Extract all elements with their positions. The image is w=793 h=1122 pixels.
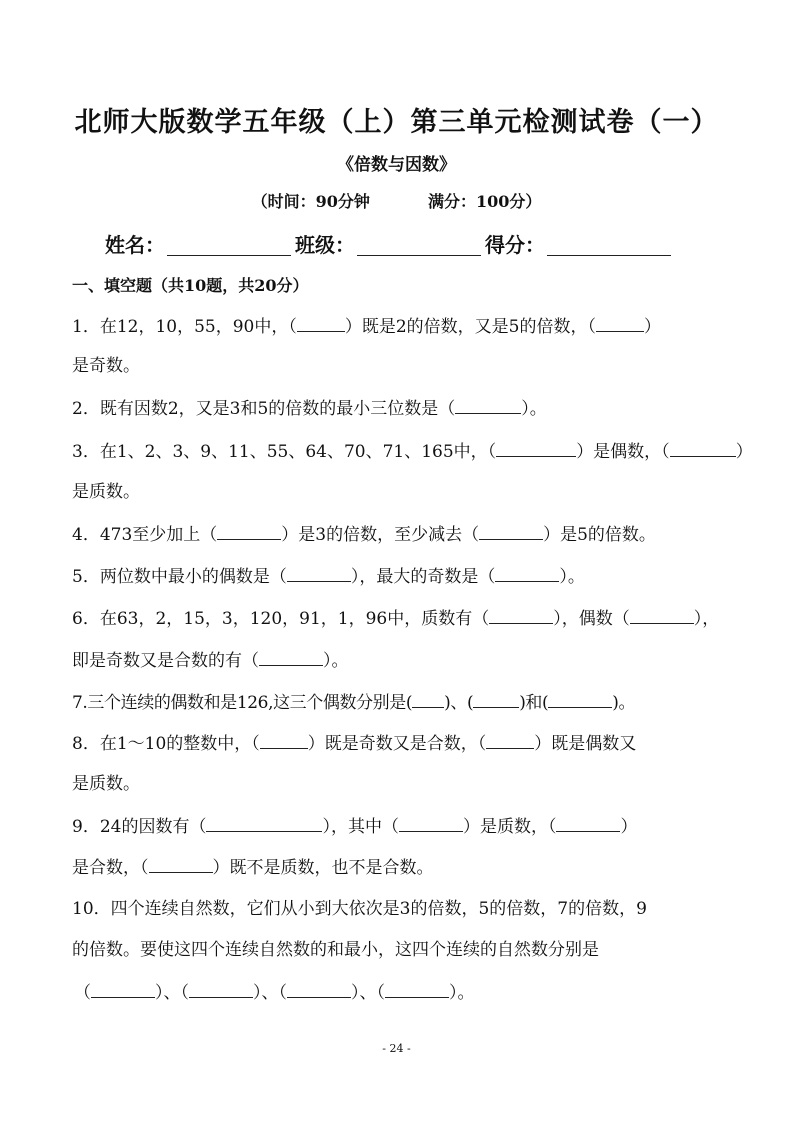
question-text: 9．24的因数有（: [72, 817, 206, 837]
question-8-cont: 是质数。: [72, 773, 140, 795]
question-10-answers: （）、（）、（）、（）。: [74, 981, 475, 1004]
answer-blank[interactable]: [455, 397, 521, 414]
answer-blank[interactable]: [473, 691, 519, 708]
question-1-cont: 是奇数。: [72, 355, 140, 377]
question-7: 7.三个连续的偶数和是126,这三个偶数分别是()、()和()。: [72, 691, 635, 714]
answer-blank[interactable]: [297, 315, 345, 332]
class-label: 班级：: [295, 233, 355, 257]
question-text: )。: [612, 693, 635, 713]
question-text: ）既不是质数，也不是合数。: [213, 858, 434, 878]
question-text: ）是偶数，（: [576, 442, 670, 462]
question-text: ）是3的倍数，至少减去（: [281, 525, 479, 545]
answer-blank[interactable]: [630, 607, 694, 624]
answer-blank[interactable]: [259, 649, 323, 666]
answer-blank[interactable]: [479, 523, 543, 540]
name-label: 姓名：: [105, 233, 165, 257]
answer-blank[interactable]: [489, 607, 553, 624]
answer-blank[interactable]: [149, 856, 213, 873]
question-text: 即是奇数又是合数的有（: [72, 651, 259, 671]
section-heading: 一、填空题（共10题，共20分）: [72, 273, 309, 296]
question-text: ）既是偶数又: [534, 734, 636, 754]
class-field[interactable]: [357, 235, 481, 256]
time-label: （时间：90分钟: [252, 192, 370, 211]
answer-blank[interactable]: [412, 691, 444, 708]
question-text: 6．在63，2，15，3，120，91，1，96中，质数有（: [72, 609, 489, 629]
question-text: ），最大的奇数是（: [351, 567, 496, 587]
answer-blank[interactable]: [496, 440, 576, 457]
question-5: 5．两位数中最小的偶数是（），最大的奇数是（）。: [72, 565, 585, 588]
question-text: 2．既有因数2，又是3和5的倍数的最小三位数是（: [72, 399, 455, 419]
question-text: 是合数，（: [72, 858, 149, 878]
question-1: 1．在12，10，55，90中，（）既是2的倍数，又是5的倍数，（）: [72, 315, 661, 338]
question-10-cont: 的倍数。要使这四个连续自然数的和最小，这四个连续的自然数分别是: [72, 939, 599, 961]
question-text: 7.三个连续的偶数和是126,这三个偶数分别是(: [72, 693, 412, 713]
name-field[interactable]: [167, 235, 291, 256]
answer-blank[interactable]: [596, 315, 644, 332]
question-text: ）。: [323, 651, 349, 671]
question-text: ）、（: [253, 983, 287, 1003]
question-10: 10．四个连续自然数，它们从小到大依次是3的倍数，5的倍数，7的倍数，9: [72, 898, 647, 920]
question-8: 8．在1～10的整数中，（）既是奇数又是合数，（）既是偶数又: [72, 732, 636, 755]
question-3-cont: 是质数。: [72, 481, 140, 503]
question-text: ）是质数，（: [463, 817, 557, 837]
answer-blank[interactable]: [548, 691, 612, 708]
question-text: 4．473至少加上（: [72, 525, 217, 545]
question-text: ）、（: [155, 983, 189, 1003]
answer-blank[interactable]: [399, 815, 463, 832]
question-text: ）: [736, 442, 753, 462]
question-text: ），偶数（: [553, 609, 630, 629]
question-2: 2．既有因数2，又是3和5的倍数的最小三位数是（）。: [72, 397, 547, 420]
question-text: ）: [620, 817, 637, 837]
answer-blank[interactable]: [91, 981, 155, 998]
answer-blank[interactable]: [670, 440, 736, 457]
answer-blank[interactable]: [217, 523, 281, 540]
question-text: 8．在1～10的整数中，（: [72, 734, 260, 754]
question-text: （: [74, 983, 91, 1003]
page-title: 北师大版数学五年级（上）第三单元检测试卷（一）: [0, 100, 793, 139]
answer-blank[interactable]: [486, 732, 534, 749]
question-text: ），: [694, 609, 720, 629]
question-text: ）、（: [351, 983, 385, 1003]
student-info: 姓名：班级：得分：: [105, 229, 675, 258]
answer-blank[interactable]: [556, 815, 620, 832]
question-text: ）既是奇数又是合数，（: [308, 734, 487, 754]
question-text: ）既是2的倍数，又是5的倍数，（: [345, 317, 596, 337]
question-text: )和(: [519, 693, 548, 713]
question-text: 3．在1、2、3、9、11、55、64、70、71、165中，（: [72, 442, 496, 462]
answer-blank[interactable]: [385, 981, 449, 998]
question-text: ）。: [559, 567, 585, 587]
question-text: ）是5的倍数。: [543, 525, 656, 545]
question-9-cont: 是合数，（）既不是质数，也不是合数。: [72, 856, 434, 879]
exam-time-score: （时间：90分钟满分：100分）: [0, 189, 793, 212]
question-text: ），其中（: [322, 817, 399, 837]
question-9: 9．24的因数有（），其中（）是质数，（）: [72, 815, 637, 838]
answer-blank[interactable]: [189, 981, 253, 998]
answer-blank[interactable]: [287, 565, 351, 582]
question-text: ）。: [521, 399, 547, 419]
full-score-label: 满分：100分）: [428, 192, 541, 211]
answer-blank[interactable]: [287, 981, 351, 998]
question-3: 3．在1、2、3、9、11、55、64、70、71、165中，（）是偶数，（）: [72, 440, 753, 463]
question-text: 1．在12，10，55，90中，（: [72, 317, 297, 337]
answer-blank[interactable]: [260, 732, 308, 749]
question-text: 5．两位数中最小的偶数是（: [72, 567, 287, 587]
question-4: 4．473至少加上（）是3的倍数，至少减去（）是5的倍数。: [72, 523, 656, 546]
answer-blank[interactable]: [206, 815, 322, 832]
question-6-cont: 即是奇数又是合数的有（）。: [72, 649, 349, 672]
score-field[interactable]: [547, 235, 671, 256]
question-text: ）: [644, 317, 661, 337]
score-label: 得分：: [485, 233, 545, 257]
page-number: - 24 -: [0, 1042, 793, 1055]
question-6: 6．在63，2，15，3，120，91，1，96中，质数有（），偶数（），: [72, 607, 719, 630]
question-text: )、(: [444, 693, 473, 713]
question-text: ）。: [449, 983, 475, 1003]
answer-blank[interactable]: [495, 565, 559, 582]
page-subtitle: 《倍数与因数》: [0, 150, 793, 175]
